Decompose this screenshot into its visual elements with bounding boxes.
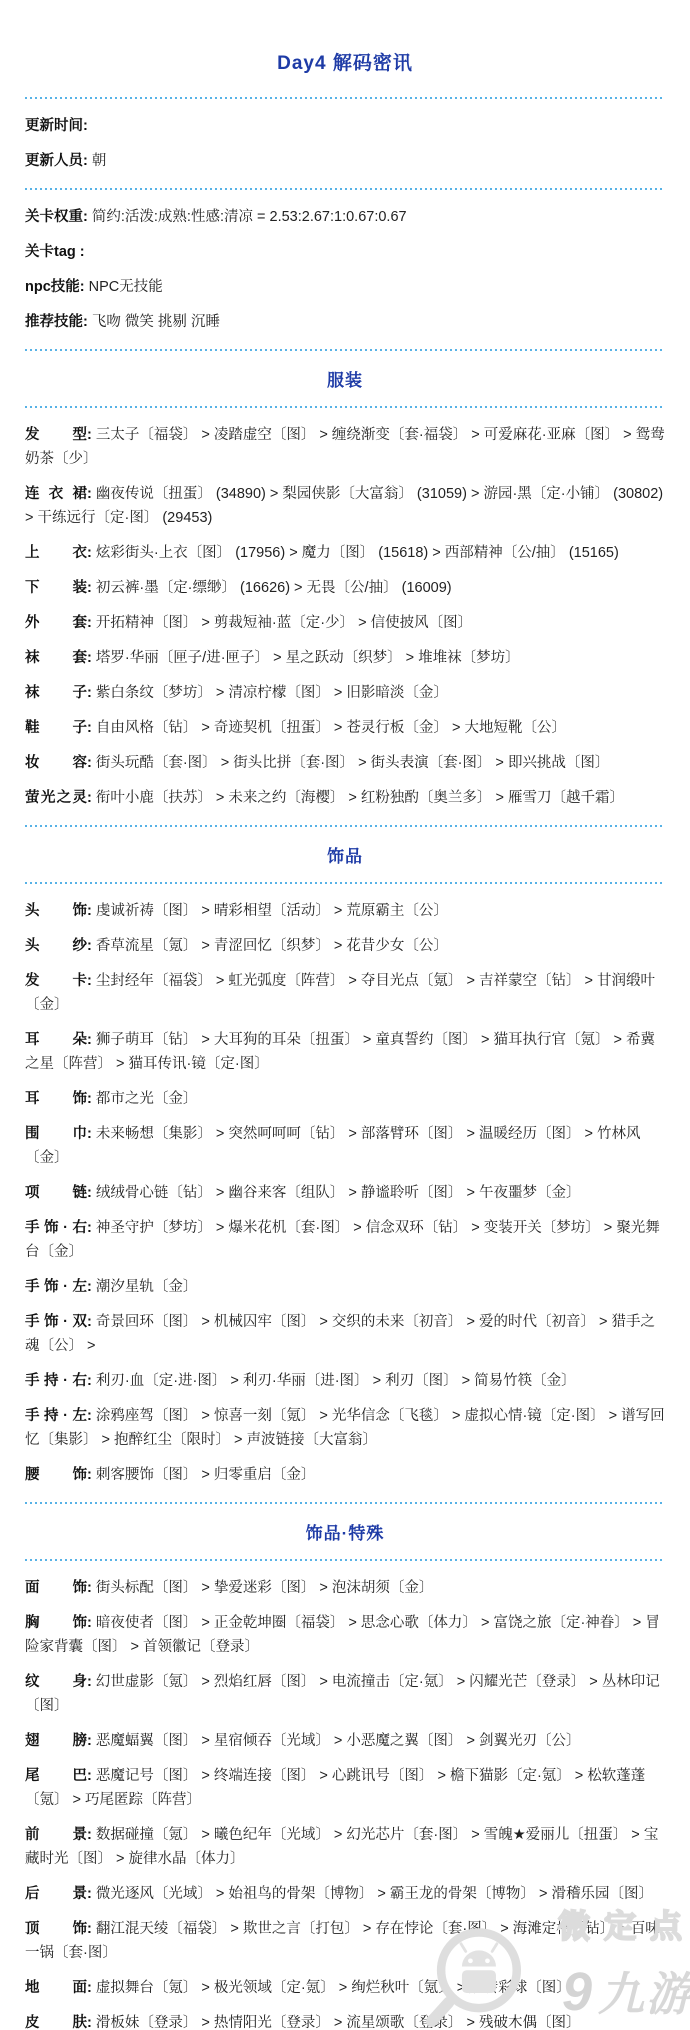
chevron-separator: > xyxy=(197,1314,214,1330)
item-link[interactable]: 街头标配〔图〕 xyxy=(96,1580,198,1596)
item-text: 闪耀光芒〔登录〕 xyxy=(469,1674,585,1690)
item-row: 发卡: 尘封经年〔福袋〕 > 虹光弧度〔阵营〕 > 夺目光点〔氪〕 > 吉祥蒙空… xyxy=(25,969,665,1017)
item-text: 魔力〔图〕 (15618) xyxy=(302,545,429,561)
item-text: 简易竹筷〔金〕 xyxy=(474,1373,576,1389)
chevron-separator: > xyxy=(285,545,302,561)
chevron-separator: > xyxy=(448,720,465,736)
chevron-separator: > xyxy=(428,545,445,561)
slot-label: 发型 xyxy=(25,423,87,447)
chevron-separator: > xyxy=(344,790,361,806)
chevron-separator: > xyxy=(467,427,484,443)
item-link[interactable]: 潮汐星轨〔金〕 xyxy=(96,1279,198,1295)
chevron-separator: > xyxy=(330,1827,347,1843)
item-text: 机械囚牢〔图〕 xyxy=(214,1314,316,1330)
item-link[interactable]: 绒绒骨心链〔钻〕 xyxy=(96,1185,212,1201)
item-text: 街头比拼〔套·图〕 xyxy=(233,755,354,771)
chevron-separator: > xyxy=(269,650,286,666)
item-text: 幻光芯片〔套·图〕 xyxy=(346,1827,467,1843)
slot-colon: : xyxy=(87,486,96,502)
chevron-separator: > xyxy=(330,903,347,919)
chevron-separator: > xyxy=(344,973,361,989)
slot-label: 萤光之灵 xyxy=(25,786,87,810)
item-text: 爱的时代〔初音〕 xyxy=(479,1314,595,1330)
slot-label: 胸饰 xyxy=(25,1611,87,1635)
sections-container: 服装发型: 三太子〔福袋〕 > 凌踏虚空〔图〕 > 缠绕渐变〔套·福袋〕 > 可… xyxy=(25,349,665,2030)
item-text: 利刃〔图〕 xyxy=(385,1373,458,1389)
chevron-separator: > xyxy=(402,650,419,666)
item-row: 后景: 微光逐风〔光域〕 > 始祖鸟的骨架〔博物〕 > 霸王龙的骨架〔博物〕 >… xyxy=(25,1882,665,1906)
item-text: 流星颂歌〔登录〕 xyxy=(346,2015,462,2030)
item-link[interactable]: 自由风格〔钻〕 xyxy=(96,720,198,736)
chevron-separator: > xyxy=(629,1615,646,1631)
item-link[interactable]: 翻江混天绫〔福袋〕 xyxy=(96,1921,227,1937)
slot-colon: : xyxy=(87,615,96,631)
dotted-divider xyxy=(25,349,665,351)
item-text: 童真誓约〔图〕 xyxy=(375,1032,477,1048)
chevron-separator: > xyxy=(197,1032,214,1048)
item-text: 温暖经历〔图〕 xyxy=(479,1126,581,1142)
chevron-separator: > xyxy=(197,615,214,631)
slot-label: 下装 xyxy=(25,576,87,600)
chevron-separator: > xyxy=(197,427,214,443)
item-link[interactable]: 刺客腰饰〔图〕 xyxy=(96,1467,198,1483)
item-row: 手持·左: 涂鸦座驾〔图〕 > 惊喜一刻〔氪〕 > 光华信念〔飞毯〕 > 虚拟心… xyxy=(25,1404,665,1452)
meta-row: 更新时间: xyxy=(25,114,665,138)
slot-colon: : xyxy=(87,1733,96,1749)
item-text: 猫耳传讯·镜〔定·图〕 xyxy=(129,1056,269,1072)
item-text: 西部精神〔公/抽〕 (15165) xyxy=(445,545,619,561)
chevron-separator: > xyxy=(609,1032,626,1048)
slot-label: 头饰 xyxy=(25,899,87,923)
meta-label: 更新时间: xyxy=(25,118,88,134)
item-text: 部落臂环〔图〕 xyxy=(361,1126,463,1142)
chevron-separator: > xyxy=(627,1827,644,1843)
item-text: 干练远行〔定·图〕 (29453) xyxy=(38,510,213,526)
item-row: 项链: 绒绒骨心链〔钻〕 > 幽谷来客〔组队〕 > 静谧聆听〔图〕 > 午夜噩梦… xyxy=(25,1181,665,1205)
item-text: 吉祥蒙空〔钻〕 xyxy=(479,973,581,989)
item-text: 无畏〔公/抽〕 (16009) xyxy=(307,580,452,596)
item-row: 外套: 开拓精神〔图〕 > 剪裁短袖·蓝〔定·少〕 > 信使披风〔图〕 xyxy=(25,611,665,635)
chevron-separator: > xyxy=(212,685,229,701)
item-link[interactable]: 虔诚祈祷〔图〕 xyxy=(96,903,198,919)
slot-label: 头纱 xyxy=(25,934,87,958)
item-link[interactable]: 奇景回环〔图〕 xyxy=(96,1314,198,1330)
item-text: 绚烂秋叶〔氪〕 xyxy=(351,1980,453,1996)
chevron-separator: > xyxy=(453,1674,470,1690)
chevron-separator: > xyxy=(448,1408,465,1424)
item-text: 利刃·华丽〔进·图〕 xyxy=(243,1373,369,1389)
item-text: 幽谷来客〔组队〕 xyxy=(228,1185,344,1201)
item-text: 初云裤·墨〔定·缥缈〕 (16626) xyxy=(96,580,290,596)
item-link[interactable]: 滑板妹〔登录〕 xyxy=(96,2015,198,2030)
item-text: 极光领域〔定·氪〕 xyxy=(214,1980,335,1996)
item-text: 堆堆袜〔梦坊〕 xyxy=(418,650,520,666)
slot-colon: : xyxy=(87,545,96,561)
slot-label: 发卡 xyxy=(25,969,87,993)
chevron-separator: > xyxy=(467,1220,484,1236)
slot-label: 鞋子 xyxy=(25,716,87,740)
item-link[interactable]: 数据碰撞〔氪〕 xyxy=(96,1827,198,1843)
chevron-separator: > xyxy=(315,1580,332,1596)
slot-colon: : xyxy=(87,1674,96,1690)
chevron-separator: > xyxy=(491,755,508,771)
chevron-separator: > xyxy=(290,580,307,596)
chevron-separator: > xyxy=(315,1314,332,1330)
item-row: 皮肤: 滑板妹〔登录〕 > 热情阳光〔登录〕 > 流星颂歌〔登录〕 > 残破木偶… xyxy=(25,2011,665,2030)
guide-page: Day4 解码密讯 更新时间: 更新人员: 朝 关卡权重: 简约:活泼:成熟:性… xyxy=(0,0,690,2030)
meta-label: 关卡权重: xyxy=(25,209,88,225)
item-text: 小恶魔之翼〔图〕 xyxy=(346,1733,462,1749)
slot-colon: : xyxy=(87,1921,96,1937)
item-row: 下装: 初云裤·墨〔定·缥缈〕 (16626) > 无畏〔公/抽〕 (16009… xyxy=(25,576,665,600)
dotted-divider xyxy=(25,188,665,190)
item-text: 欺世之言〔打包〕 xyxy=(243,1921,359,1937)
chevron-separator: > xyxy=(373,1886,390,1902)
item-text: 炫彩街头·上衣〔图〕 (17956) xyxy=(96,545,285,561)
slot-label: 尾巴 xyxy=(25,1764,87,1788)
item-link[interactable]: 都市之光〔金〕 xyxy=(96,1091,198,1107)
chevron-separator: > xyxy=(197,720,214,736)
slot-colon: : xyxy=(87,1220,96,1236)
slot-label: 手持·右 xyxy=(25,1369,87,1393)
slot-colon: : xyxy=(87,973,96,989)
chevron-separator: > xyxy=(605,1408,622,1424)
item-text: 猫耳执行官〔氪〕 xyxy=(493,1032,609,1048)
chevron-separator: > xyxy=(212,1886,229,1902)
chevron-separator: > xyxy=(571,1768,588,1784)
slot-label: 腰饰 xyxy=(25,1463,87,1487)
chevron-separator: > xyxy=(25,510,38,526)
slot-colon: : xyxy=(87,1185,96,1201)
slot-colon: : xyxy=(87,938,96,954)
item-text: 光华信念〔飞毯〕 xyxy=(332,1408,448,1424)
chevron-separator: > xyxy=(197,1615,214,1631)
item-text: 巧尾匿踪〔阵营〕 xyxy=(85,1792,201,1808)
chevron-separator: > xyxy=(477,1615,494,1631)
item-text: 终端连接〔图〕 xyxy=(214,1768,316,1784)
item-link[interactable]: 尘封经年〔福袋〕 xyxy=(96,973,212,989)
item-text: 红粉独酌〔奥兰多〕 xyxy=(361,790,492,806)
chevron-separator: > xyxy=(197,903,214,919)
item-row: 面饰: 街头标配〔图〕 > 挚爱迷彩〔图〕 > 泡沫胡须〔金〕 xyxy=(25,1576,665,1600)
slot-colon: : xyxy=(87,790,96,806)
item-text: 檐下猫影〔定·氪〕 xyxy=(450,1768,571,1784)
item-text: 星之跃动〔织梦〕 xyxy=(286,650,402,666)
chevron-separator: > xyxy=(112,1851,129,1867)
meta-value: 飞吻 微笑 挑剔 沉睡 xyxy=(92,314,220,330)
meta-row: 更新人员: 朝 xyxy=(25,149,665,173)
chevron-separator: > xyxy=(212,1126,229,1142)
item-row: 袜子: 紫白条纹〔梦坊〕 > 清凉柠檬〔图〕 > 旧影暗淡〔金〕 xyxy=(25,681,665,705)
item-text: 信念双环〔钻〕 xyxy=(366,1220,468,1236)
item-text: 首领徽记〔登录〕 xyxy=(143,1639,259,1655)
item-text: 荒原霸主〔公〕 xyxy=(346,903,448,919)
item-text: 梨园侠影〔大富翁〕 (31059) xyxy=(282,486,467,502)
chevron-separator: > xyxy=(491,790,508,806)
chevron-separator: > xyxy=(580,1126,597,1142)
meta-label: 关卡tag : xyxy=(25,244,85,260)
chevron-separator: > xyxy=(458,1373,475,1389)
chevron-separator: > xyxy=(349,1220,366,1236)
slot-colon: : xyxy=(87,1091,96,1107)
slot-label: 手持·左 xyxy=(25,1404,87,1428)
slot-label: 耳朵 xyxy=(25,1028,87,1052)
chevron-separator: > xyxy=(197,1768,214,1784)
chevron-separator: > xyxy=(330,2015,347,2030)
item-text: 旧影暗淡〔金〕 xyxy=(346,685,448,701)
chevron-separator: > xyxy=(226,1921,243,1937)
chevron-separator: > xyxy=(433,1768,450,1784)
item-row: 顶饰: 翻江混天绫〔福袋〕 > 欺世之言〔打包〕 > 存在悖论〔套·图〕 > 海… xyxy=(25,1917,665,1965)
item-text: 大耳狗的耳朵〔扭蛋〕 xyxy=(214,1032,359,1048)
slot-label: 手饰·左 xyxy=(25,1275,87,1299)
item-row: 鞋子: 自由风格〔钻〕 > 奇迹契机〔扭蛋〕 > 苍灵行板〔金〕 > 大地短靴〔… xyxy=(25,716,665,740)
slot-label: 面饰 xyxy=(25,1576,87,1600)
item-text: 奇迹契机〔扭蛋〕 xyxy=(214,720,330,736)
chevron-separator: > xyxy=(197,2015,214,2030)
meta-row: npc技能: NPC无技能 xyxy=(25,275,665,299)
chevron-separator: > xyxy=(212,1185,229,1201)
item-text: 剑翼光刃〔公〕 xyxy=(479,1733,581,1749)
chevron-separator: > xyxy=(315,1674,332,1690)
section-header: 饰品·特殊 xyxy=(25,1519,665,1544)
item-text: 虹光弧度〔阵营〕 xyxy=(228,973,344,989)
chevron-separator: > xyxy=(462,973,479,989)
item-link[interactable]: 暗夜使者〔图〕 xyxy=(96,1615,198,1631)
slot-label: 妆容 xyxy=(25,751,87,775)
slot-colon: : xyxy=(87,1467,96,1483)
item-row: 地面: 虚拟舞台〔氪〕 > 极光领域〔定·氪〕 > 绚烂秋叶〔氪〕 > 旋转彩球… xyxy=(25,1976,665,2000)
item-row: 围巾: 未来畅想〔集影〕 > 突然呵呵呵〔钻〕 > 部落臂环〔图〕 > 温暖经历… xyxy=(25,1122,665,1170)
slot-colon: : xyxy=(87,1279,96,1295)
slot-label: 手饰·双 xyxy=(25,1310,87,1334)
item-link[interactable]: 虚拟舞台〔氪〕 xyxy=(96,1980,198,1996)
section-header: 饰品 xyxy=(25,842,665,867)
slot-colon: : xyxy=(87,903,96,919)
item-link[interactable]: 塔罗·华丽〔匣子/进·匣子〕 xyxy=(96,650,269,666)
item-text: 午夜噩梦〔金〕 xyxy=(479,1185,581,1201)
slot-label: 皮肤 xyxy=(25,2011,87,2030)
item-text: 交织的未来〔初音〕 xyxy=(332,1314,463,1330)
chevron-separator: > xyxy=(344,1615,361,1631)
item-text: 雁雪刀〔越千霜〕 xyxy=(508,790,624,806)
item-link[interactable]: 幻世虚影〔氪〕 xyxy=(96,1674,198,1690)
item-text: 苍灵行板〔金〕 xyxy=(346,720,448,736)
item-row: 腰饰: 刺客腰饰〔图〕 > 归零重启〔金〕 xyxy=(25,1463,665,1487)
item-text: 缠绕渐变〔套·福袋〕 xyxy=(332,427,467,443)
slot-label: 地面 xyxy=(25,1976,87,2000)
item-text: 霸王龙的骨架〔博物〕 xyxy=(390,1886,535,1902)
chevron-separator: > xyxy=(230,1432,247,1448)
chevron-separator: > xyxy=(462,1185,479,1201)
item-text: 可爱麻花·亚麻〔图〕 xyxy=(484,427,619,443)
chevron-separator: > xyxy=(98,1432,115,1448)
item-text: 青涩回忆〔织梦〕 xyxy=(214,938,330,954)
dotted-divider xyxy=(25,882,665,884)
slot-label: 袜子 xyxy=(25,681,87,705)
item-row: 手饰·左: 潮汐星轨〔金〕 xyxy=(25,1275,665,1299)
item-text: 思念心歌〔体力〕 xyxy=(361,1615,477,1631)
chevron-separator: > xyxy=(315,427,332,443)
chevron-separator: > xyxy=(462,1733,479,1749)
item-text: 剪裁短袖·蓝〔定·少〕 xyxy=(214,615,354,631)
chevron-separator: > xyxy=(212,1220,229,1236)
slot-label: 前景 xyxy=(25,1823,87,1847)
chevron-separator: > xyxy=(335,1980,352,1996)
item-link[interactable]: 街头玩酷〔套·图〕 xyxy=(96,755,217,771)
slot-colon: : xyxy=(87,1314,96,1330)
chevron-separator: > xyxy=(467,486,484,502)
item-link[interactable]: 三太子〔福袋〕 xyxy=(96,427,198,443)
chevron-separator: > xyxy=(197,1674,214,1690)
item-text: 始祖鸟的骨架〔博物〕 xyxy=(228,1886,373,1902)
item-link[interactable]: 狮子萌耳〔钻〕 xyxy=(96,1032,198,1048)
item-text: 声波链接〔大富翁〕 xyxy=(247,1432,378,1448)
item-link[interactable]: 幽夜传说〔扭蛋〕 (34890) xyxy=(96,486,266,502)
chevron-separator: > xyxy=(197,938,214,954)
item-link[interactable]: 未来畅想〔集影〕 xyxy=(96,1126,212,1142)
meta-top-block: 更新时间: 更新人员: 朝 xyxy=(25,114,665,173)
item-text: 惊喜一刻〔氪〕 xyxy=(214,1408,316,1424)
meta-label: 更新人员: xyxy=(25,153,88,169)
item-text: 即兴挑战〔图〕 xyxy=(508,755,610,771)
item-text: 存在悖论〔套·图〕 xyxy=(375,1921,496,1937)
chevron-separator: > xyxy=(212,973,229,989)
item-link[interactable]: 紫白条纹〔梦坊〕 xyxy=(96,685,212,701)
item-text: 心跳讯号〔图〕 xyxy=(332,1768,434,1784)
meta-value: 简约:活泼:成熟:性感:清凉 = 2.53:2.67:1:0.67:0.67 xyxy=(92,209,407,225)
slot-label: 纹身 xyxy=(25,1670,87,1694)
item-text: 未来之约〔海樱〕 xyxy=(228,790,344,806)
item-link[interactable]: 恶魔蝠翼〔图〕 xyxy=(96,1733,198,1749)
item-text: 正金乾坤圈〔福袋〕 xyxy=(214,1615,345,1631)
slot-label: 耳饰 xyxy=(25,1087,87,1111)
item-text: 热情阳光〔登录〕 xyxy=(214,2015,330,2030)
item-row: 袜套: 塔罗·华丽〔匣子/进·匣子〕 > 星之跃动〔织梦〕 > 堆堆袜〔梦坊〕 xyxy=(25,646,665,670)
meta-label: 推荐技能: xyxy=(25,314,88,330)
item-link[interactable]: 涂鸦座驾〔图〕 xyxy=(96,1408,198,1424)
dotted-divider xyxy=(25,1559,665,1561)
slot-colon: : xyxy=(87,1580,96,1596)
chevron-separator: > xyxy=(467,1827,484,1843)
item-link[interactable]: 恶魔记号〔图〕 xyxy=(96,1768,198,1784)
chevron-separator: > xyxy=(359,1921,376,1937)
chevron-separator: > xyxy=(197,1408,214,1424)
section-header: 服装 xyxy=(25,366,665,391)
slot-colon: : xyxy=(87,1032,96,1048)
item-text: 清凉柠檬〔图〕 xyxy=(228,685,330,701)
item-text: 雪魄★爱丽儿〔扭蛋〕 xyxy=(484,1827,628,1843)
item-row: 尾巴: 恶魔记号〔图〕 > 终端连接〔图〕 > 心跳讯号〔图〕 > 檐下猫影〔定… xyxy=(25,1764,665,1812)
slot-colon: : xyxy=(87,427,96,443)
item-text: 富饶之旅〔定·神眷〕 xyxy=(493,1615,628,1631)
item-text: 爆米花机〔套·图〕 xyxy=(228,1220,349,1236)
chevron-separator: > xyxy=(462,1126,479,1142)
item-link[interactable]: 开拓精神〔图〕 xyxy=(96,615,198,631)
slot-colon: : xyxy=(87,720,96,736)
chevron-separator: > xyxy=(69,1792,86,1808)
item-row: 上衣: 炫彩街头·上衣〔图〕 (17956) > 魔力〔图〕 (15618) >… xyxy=(25,541,665,565)
item-text: 滑稽乐园〔图〕 xyxy=(551,1886,653,1902)
item-row: 妆容: 街头玩酷〔套·图〕 > 街头比拼〔套·图〕 > 街头表演〔套·图〕 > … xyxy=(25,751,665,775)
item-link[interactable]: 利刃·血〔定·进·图〕 xyxy=(96,1373,227,1389)
chevron-separator: > xyxy=(354,755,371,771)
chevron-separator: > xyxy=(619,427,636,443)
item-row: 头饰: 虔诚祈祷〔图〕 > 晴彩相望〔活动〕 > 荒原霸主〔公〕 xyxy=(25,899,665,923)
chevron-separator: > xyxy=(197,1733,214,1749)
slot-label: 顶饰 xyxy=(25,1917,87,1941)
chevron-separator: > xyxy=(197,1467,214,1483)
dotted-divider xyxy=(25,406,665,408)
chevron-separator: > xyxy=(330,1733,347,1749)
item-text: 花昔少女〔公〕 xyxy=(346,938,448,954)
item-text: 夺目光点〔氪〕 xyxy=(361,973,463,989)
chevron-separator: > xyxy=(197,1980,214,1996)
item-text: 静谧聆听〔图〕 xyxy=(361,1185,463,1201)
item-text: 曦色纪年〔光域〕 xyxy=(214,1827,330,1843)
slot-colon: : xyxy=(87,1768,96,1784)
slot-colon: : xyxy=(87,1373,96,1389)
meta-value: 朝 xyxy=(92,153,107,169)
chevron-separator: > xyxy=(614,1921,631,1937)
chevron-separator: > xyxy=(197,1827,214,1843)
chevron-separator: > xyxy=(595,1314,612,1330)
meta-label: npc技能: xyxy=(25,279,85,295)
chevron-separator: > xyxy=(344,1185,361,1201)
item-link[interactable]: 微光逐风〔光域〕 xyxy=(96,1886,212,1902)
chevron-separator: > xyxy=(344,1126,361,1142)
chevron-separator: > xyxy=(217,755,234,771)
item-text: 星宿倾吞〔光域〕 xyxy=(214,1733,330,1749)
item-text: 游园·黑〔定·小铺〕 (30802) xyxy=(483,486,663,502)
slot-label: 项链 xyxy=(25,1181,87,1205)
item-text: 突然呵呵呵〔钻〕 xyxy=(228,1126,344,1142)
item-text: 泡沫胡须〔金〕 xyxy=(332,1580,434,1596)
chevron-separator: > xyxy=(315,1768,332,1784)
chevron-separator: > xyxy=(600,1220,617,1236)
trailing-chevron: > xyxy=(83,1338,96,1354)
chevron-separator: > xyxy=(462,1314,479,1330)
chevron-separator: > xyxy=(330,720,347,736)
item-text: 变装开关〔梦坊〕 xyxy=(484,1220,600,1236)
item-row: 连衣裙: 幽夜传说〔扭蛋〕 (34890) > 梨园侠影〔大富翁〕 (31059… xyxy=(25,482,665,530)
item-text: 残破木偶〔图〕 xyxy=(479,2015,581,2030)
item-text: 抱醉红尘〔限时〕 xyxy=(114,1432,230,1448)
item-text: 归零重启〔金〕 xyxy=(214,1467,316,1483)
item-row: 萤光之灵: 衔叶小鹿〔扶苏〕 > 未来之约〔海樱〕 > 红粉独酌〔奥兰多〕 > … xyxy=(25,786,665,810)
item-row: 手持·右: 利刃·血〔定·进·图〕 > 利刃·华丽〔进·图〕 > 利刃〔图〕 >… xyxy=(25,1369,665,1393)
slot-label: 手饰·右 xyxy=(25,1216,87,1240)
slot-label: 连衣裙 xyxy=(25,482,87,506)
chevron-separator: > xyxy=(112,1056,129,1072)
chevron-separator: > xyxy=(369,1373,386,1389)
chevron-separator: > xyxy=(315,1408,332,1424)
chevron-separator: > xyxy=(197,1580,214,1596)
slot-colon: : xyxy=(87,1126,96,1142)
item-link[interactable]: 衔叶小鹿〔扶苏〕 xyxy=(96,790,212,806)
chevron-separator: > xyxy=(462,2015,479,2030)
meta-row: 关卡tag : xyxy=(25,240,665,264)
item-link[interactable]: 神圣守护〔梦坊〕 xyxy=(96,1220,212,1236)
item-row: 耳饰: 都市之光〔金〕 xyxy=(25,1087,665,1111)
item-link[interactable]: 香草流星〔氪〕 xyxy=(96,938,198,954)
slot-colon: : xyxy=(87,1408,96,1424)
item-row: 手饰·右: 神圣守护〔梦坊〕 > 爆米花机〔套·图〕 > 信念双环〔钻〕 > 变… xyxy=(25,1216,665,1264)
item-row: 手饰·双: 奇景回环〔图〕 > 机械囚牢〔图〕 > 交织的未来〔初音〕 > 爱的… xyxy=(25,1310,665,1358)
item-row: 胸饰: 暗夜使者〔图〕 > 正金乾坤圈〔福袋〕 > 思念心歌〔体力〕 > 富饶之… xyxy=(25,1611,665,1659)
item-text: 电流撞击〔定·氪〕 xyxy=(332,1674,453,1690)
item-row: 头纱: 香草流星〔氪〕 > 青涩回忆〔织梦〕 > 花昔少女〔公〕 xyxy=(25,934,665,958)
